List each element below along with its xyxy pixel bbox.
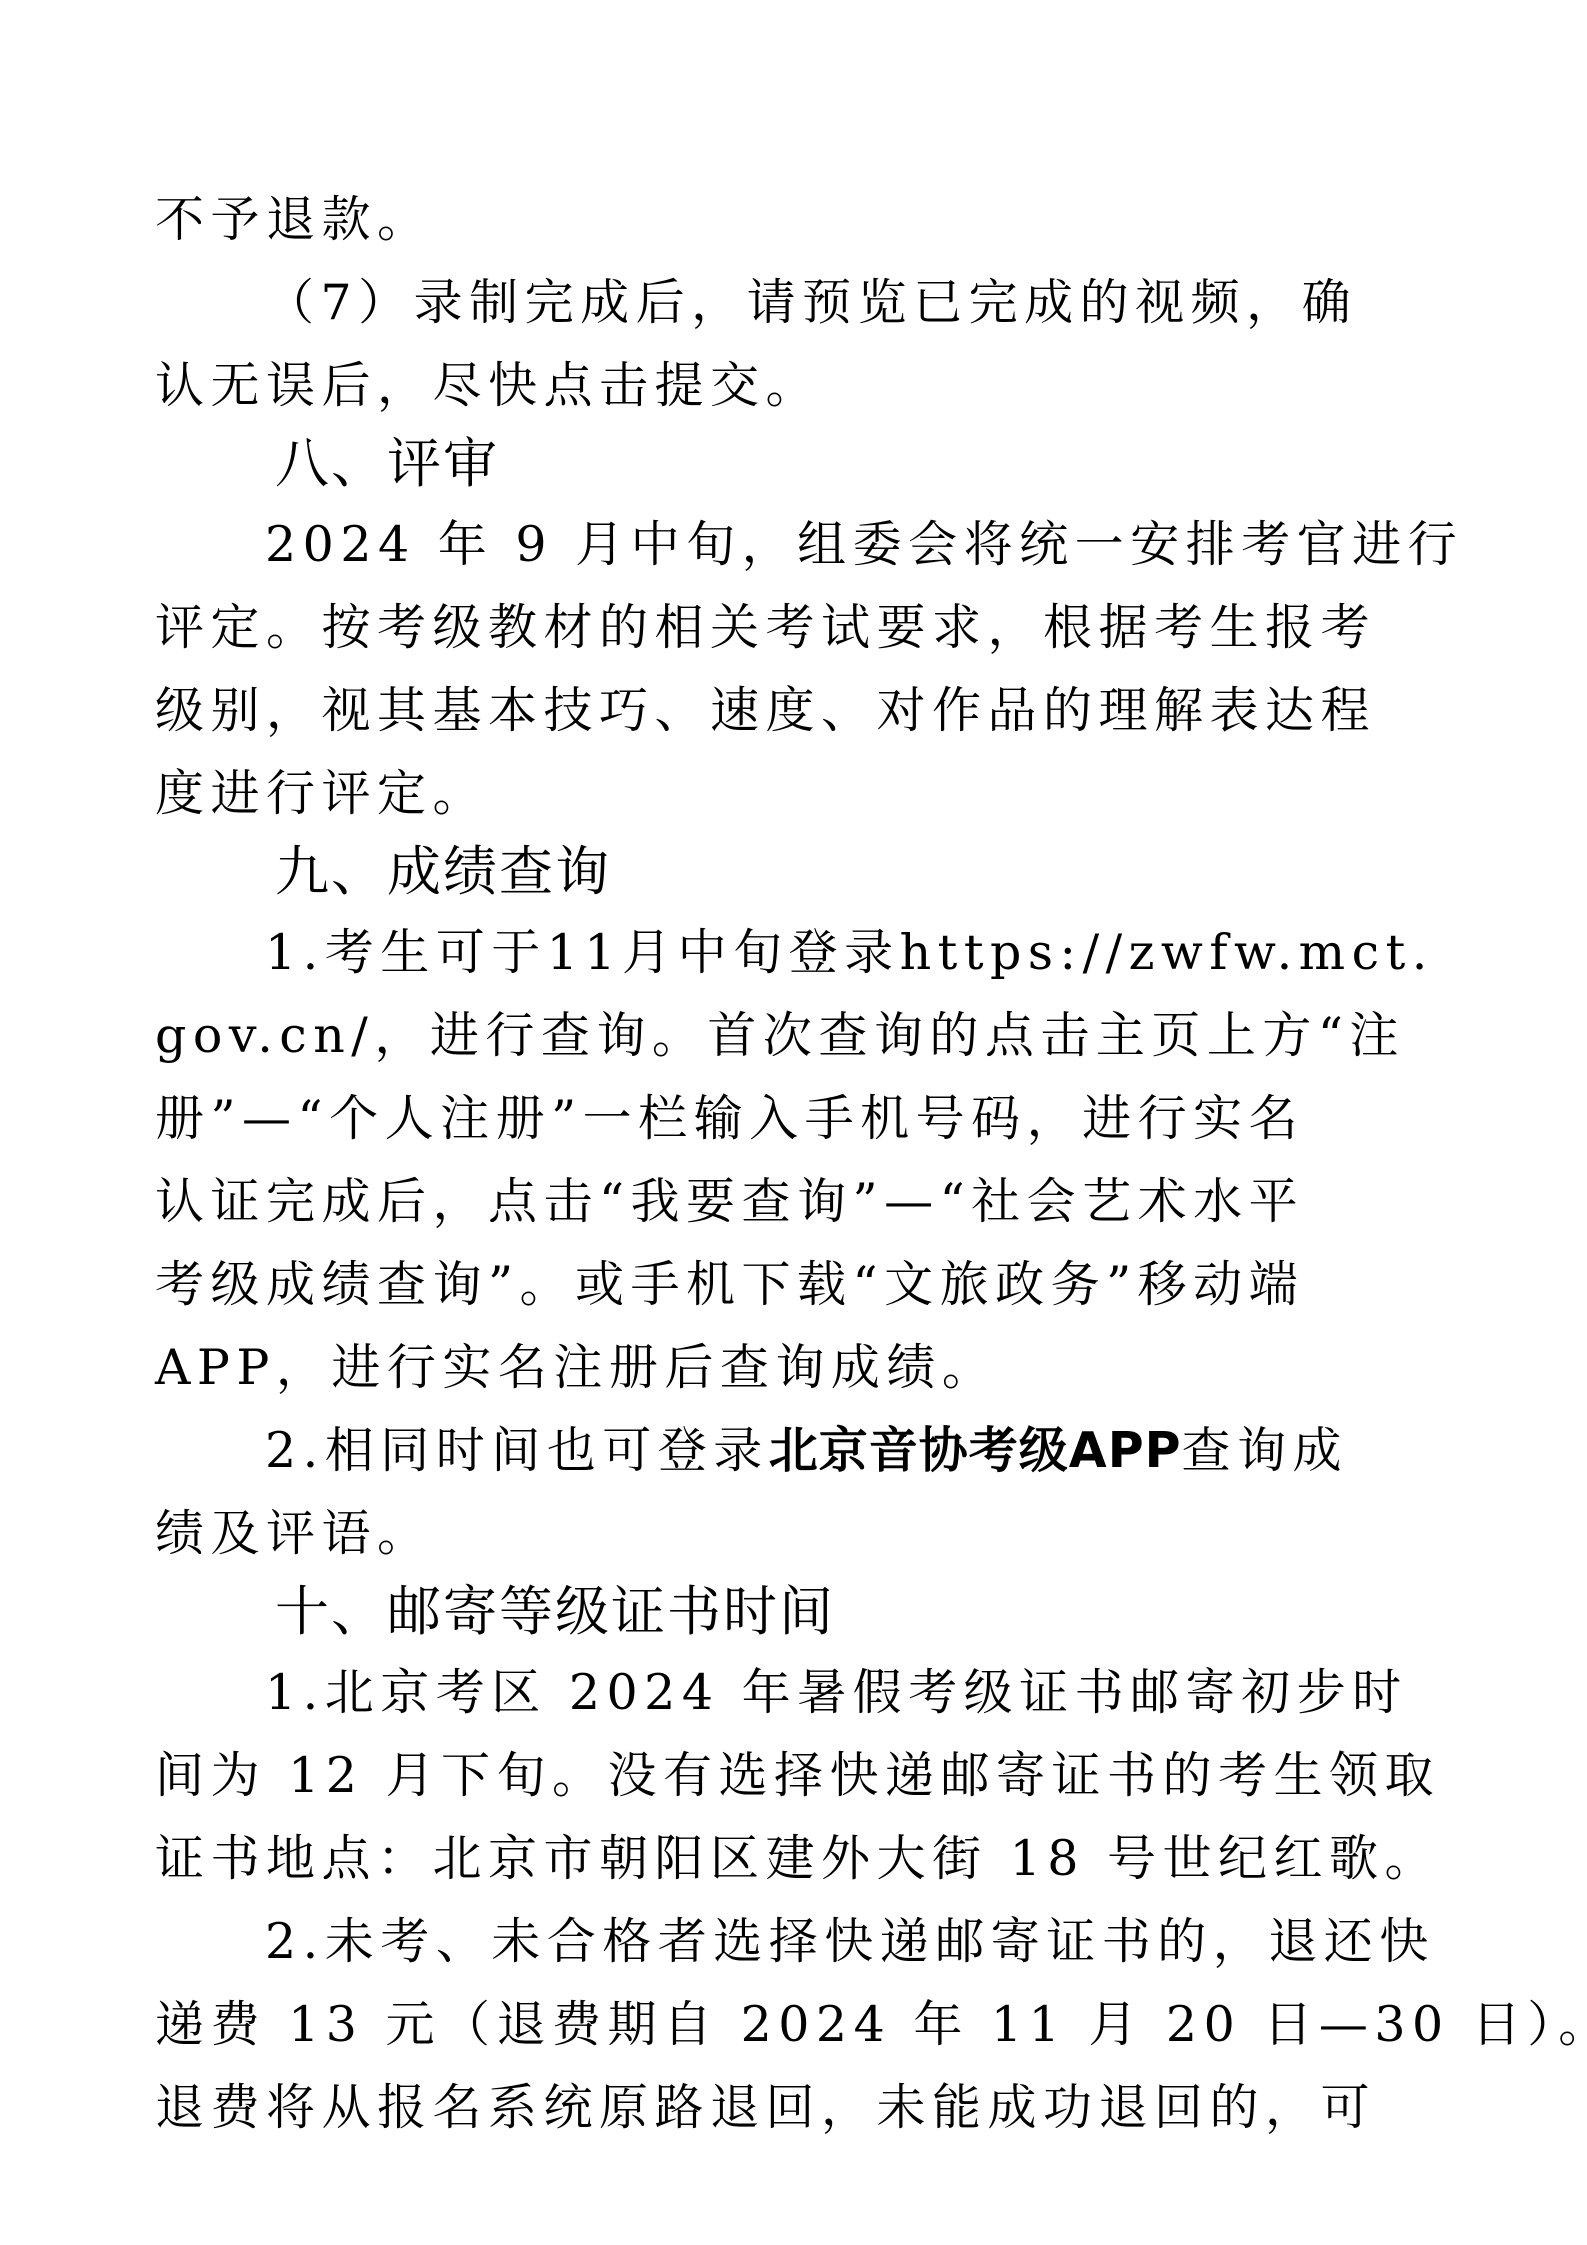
paragraph-line: 考级成绩查询”。或手机下载“文旅政务”移动端 xyxy=(155,1255,1445,1315)
section-heading-certificate-mailing: 十、邮寄等级证书时间 xyxy=(155,1582,1565,1642)
paragraph-line: 认证完成后，点击“我要查询”—“社会艺术水平 xyxy=(155,1172,1445,1232)
paragraph-line: 2.未考、未合格者选择快递邮寄证书的，退还快 xyxy=(155,1912,1555,1972)
paragraph-line: 评定。按考级教材的相关考试要求，根据考生报考 xyxy=(155,598,1445,658)
section-heading-review: 八、评审 xyxy=(155,434,1565,494)
paragraph-line: （7）录制完成后，请预览已完成的视频，确 xyxy=(155,273,1555,333)
paragraph-line: 1.北京考区 2024 年暑假考级证书邮寄初步时 xyxy=(155,1663,1555,1723)
paragraph-line: APP，进行实名注册后查询成绩。 xyxy=(155,1338,1445,1398)
paragraph-line: 级别，视其基本技巧、速度、对作品的理解表达程 xyxy=(155,681,1445,741)
paragraph-line: 认无误后，尽快点击提交。 xyxy=(155,356,1445,416)
line-text: 查询成 xyxy=(1182,1422,1349,1479)
section-heading-score-query: 九、成绩查询 xyxy=(155,842,1565,902)
paragraph-line: 2.相同时间也可登录北京音协考级APP查询成 xyxy=(155,1421,1555,1481)
paragraph-line: 证书地点：北京市朝阳区建外大街 18 号世纪红歌。 xyxy=(155,1829,1445,1889)
paragraph-line: 递费 13 元（退费期自 2024 年 11 月 20 日—30 日）。 xyxy=(155,1995,1445,2055)
paragraph-line: 2024 年 9 月中旬，组委会将统一安排考官进行 xyxy=(155,515,1555,575)
paragraph-line: 绩及评语。 xyxy=(155,1504,1445,1564)
paragraph-line: 册”—“个人注册”一栏输入手机号码，进行实名 xyxy=(155,1089,1445,1149)
paragraph-line: 1.考生可于11月中旬登录https://zwfw.mct. xyxy=(155,923,1555,983)
line-text: 2.相同时间也可登录 xyxy=(265,1422,769,1479)
app-name-bold: 北京音协考级APP xyxy=(769,1422,1182,1479)
paragraph-line: 间为 12 月下旬。没有选择快递邮寄证书的考生领取 xyxy=(155,1746,1445,1806)
paragraph-line: 不予退款。 xyxy=(155,190,1445,250)
paragraph-line: 度进行评定。 xyxy=(155,764,1445,824)
paragraph-line: gov.cn/，进行查询。首次查询的点击主页上方“注 xyxy=(155,1006,1445,1066)
paragraph-line: 退费将从报名系统原路退回，未能成功退回的，可 xyxy=(155,2078,1445,2138)
